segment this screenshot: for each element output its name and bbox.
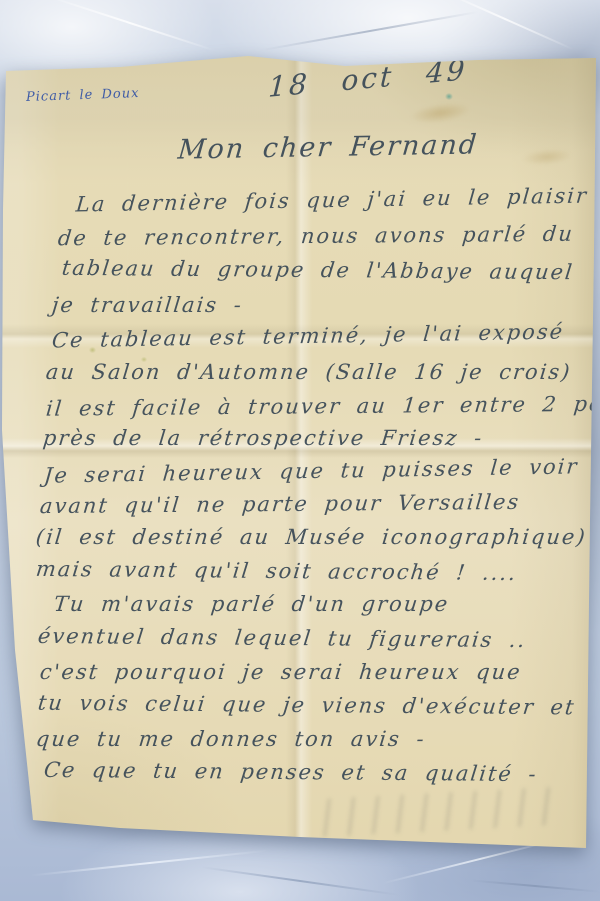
letter-salutation: Mon cher Fernand [177,129,480,165]
letter-line: tu vois celui que je viens d'exécuter et [37,691,577,720]
photo-background: Picart le Doux 18 oct 49 Mon cher Fernan… [0,0,600,901]
collector-annotation: Picart le Doux [26,86,140,105]
letter-line: tableau du groupe de l'Abbaye auquel [61,256,576,284]
letter-line: il est facile à trouver au 1er entre 2 p… [45,391,600,420]
letter-line: avant qu'il ne parte pour Versailles [39,490,522,518]
paper-stain [397,94,485,132]
paper-stain [511,143,583,171]
letter-line: que tu me donnes ton avis - [35,727,427,751]
letter-line: près de la rétrospective Friesz - [42,426,485,450]
letter-line: je travaillais - [51,293,244,317]
letter-line: Tu m'avais parlé d'un groupe [53,592,451,616]
letter-line: éventuel dans lequel tu figurerais .. [37,624,528,652]
letter-line: Je serai heureux que tu puisses le voir [43,454,580,487]
letter-wrap: Picart le Doux 18 oct 49 Mon cher Fernan… [0,0,600,901]
paper-speck [444,92,454,101]
letter-line: Ce tableau est terminé, je l'ai exposé [51,320,565,353]
letter-line: mais avant qu'il soit accroché ! .... [35,557,519,585]
letter-line: de te rencontrer, nous avons parlé du [57,222,575,251]
letter-paper: Picart le Doux 18 oct 49 Mon cher Fernan… [0,0,600,901]
letter-line: (il est destiné au Musée iconographique) [35,525,588,549]
letter-line: c'est pourquoi je serai heureux que [39,660,523,684]
letter-line: Ce que tu en penses et sa qualité - [43,758,539,786]
letter-date: 18 oct 49 [268,53,469,104]
ink-showthrough [317,787,557,837]
letter-line: au Salon d'Automne (Salle 16 je crois) [45,360,573,384]
letter-line: La dernière fois que j'ai eu le plaisir [75,184,589,217]
